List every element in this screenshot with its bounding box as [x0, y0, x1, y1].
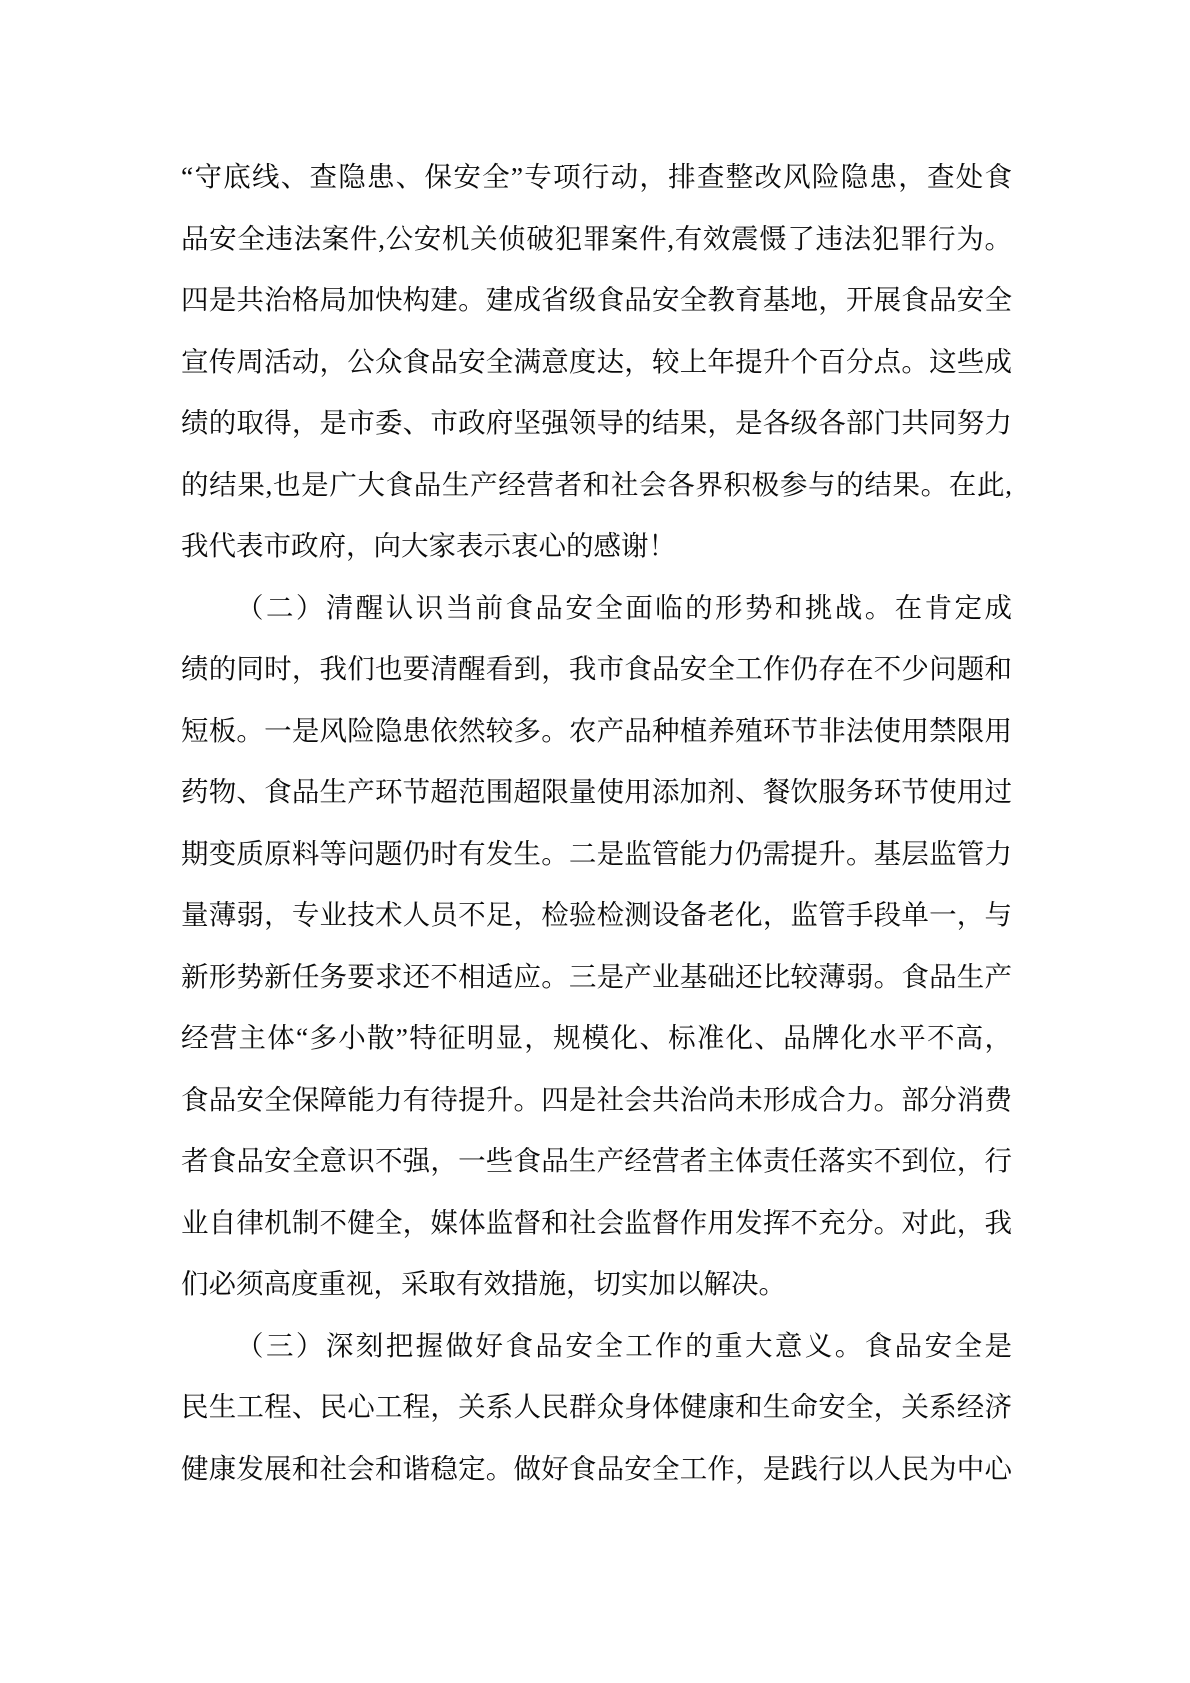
- text-line: 经营主体“多小散”特征明显，规模化、标准化、品牌化水平不高，: [181, 1007, 1012, 1069]
- text-line: 们必须高度重视，采取有效措施，切实加以解决。: [181, 1253, 1012, 1315]
- text-line: （三）深刻把握做好食品安全工作的重大意义。食品安全是: [181, 1315, 1012, 1377]
- text-line: 期变质原料等问题仍时有发生。二是监管能力仍需提升。基层监管力: [181, 823, 1012, 885]
- text-line: 品安全违法案件,公安机关侦破犯罪案件,有效震慑了违法犯罪行为。: [181, 208, 1012, 270]
- text-line: 绩的同时，我们也要清醒看到，我市食品安全工作仍存在不少问题和: [181, 638, 1012, 700]
- text-line: 者食品安全意识不强，一些食品生产经营者主体责任落实不到位，行: [181, 1130, 1012, 1192]
- paragraph-3: （三）深刻把握做好食品安全工作的重大意义。食品安全是 民生工程、民心工程，关系人…: [181, 1315, 1012, 1500]
- text-line: “守底线、查隐患、保安全”专项行动，排查整改风险隐患，查处食: [181, 146, 1012, 208]
- text-line: 业自律机制不健全，媒体监督和社会监督作用发挥不充分。对此，我: [181, 1192, 1012, 1254]
- text-line: 的结果,也是广大食品生产经营者和社会各界积极参与的结果。在此,: [181, 454, 1012, 516]
- text-line: 健康发展和社会和谐稳定。做好食品安全工作，是践行以人民为中心: [181, 1438, 1012, 1500]
- text-line: （二）清醒认识当前食品安全面临的形势和挑战。在肯定成: [181, 577, 1012, 639]
- paragraph-1: “守底线、查隐患、保安全”专项行动，排查整改风险隐患，查处食 品安全违法案件,公…: [181, 146, 1012, 577]
- text-line: 四是共治格局加快构建。建成省级食品安全教育基地，开展食品安全: [181, 269, 1012, 331]
- text-line: 宣传周活动，公众食品安全满意度达，较上年提升个百分点。这些成: [181, 331, 1012, 393]
- paragraph-2: （二）清醒认识当前食品安全面临的形势和挑战。在肯定成 绩的同时，我们也要清醒看到…: [181, 577, 1012, 1315]
- text-line: 民生工程、民心工程，关系人民群众身体健康和生命安全，关系经济: [181, 1376, 1012, 1438]
- text-line: 绩的取得，是市委、市政府坚强领导的结果，是各级各部门共同努力: [181, 392, 1012, 454]
- document-page: “守底线、查隐患、保安全”专项行动，排查整改风险隐患，查处食 品安全违法案件,公…: [0, 0, 1190, 1683]
- text-line: 我代表市政府，向大家表示衷心的感谢！: [181, 515, 1012, 577]
- text-line: 短板。一是风险隐患依然较多。农产品种植养殖环节非法使用禁限用: [181, 700, 1012, 762]
- text-line: 食品安全保障能力有待提升。四是社会共治尚未形成合力。部分消费: [181, 1069, 1012, 1131]
- text-line: 药物、食品生产环节超范围超限量使用添加剂、餐饮服务环节使用过: [181, 761, 1012, 823]
- document-body: “守底线、查隐患、保安全”专项行动，排查整改风险隐患，查处食 品安全违法案件,公…: [181, 146, 1012, 1499]
- text-line: 新形势新任务要求还不相适应。三是产业基础还比较薄弱。食品生产: [181, 946, 1012, 1008]
- text-line: 量薄弱，专业技术人员不足，检验检测设备老化，监管手段单一，与: [181, 884, 1012, 946]
